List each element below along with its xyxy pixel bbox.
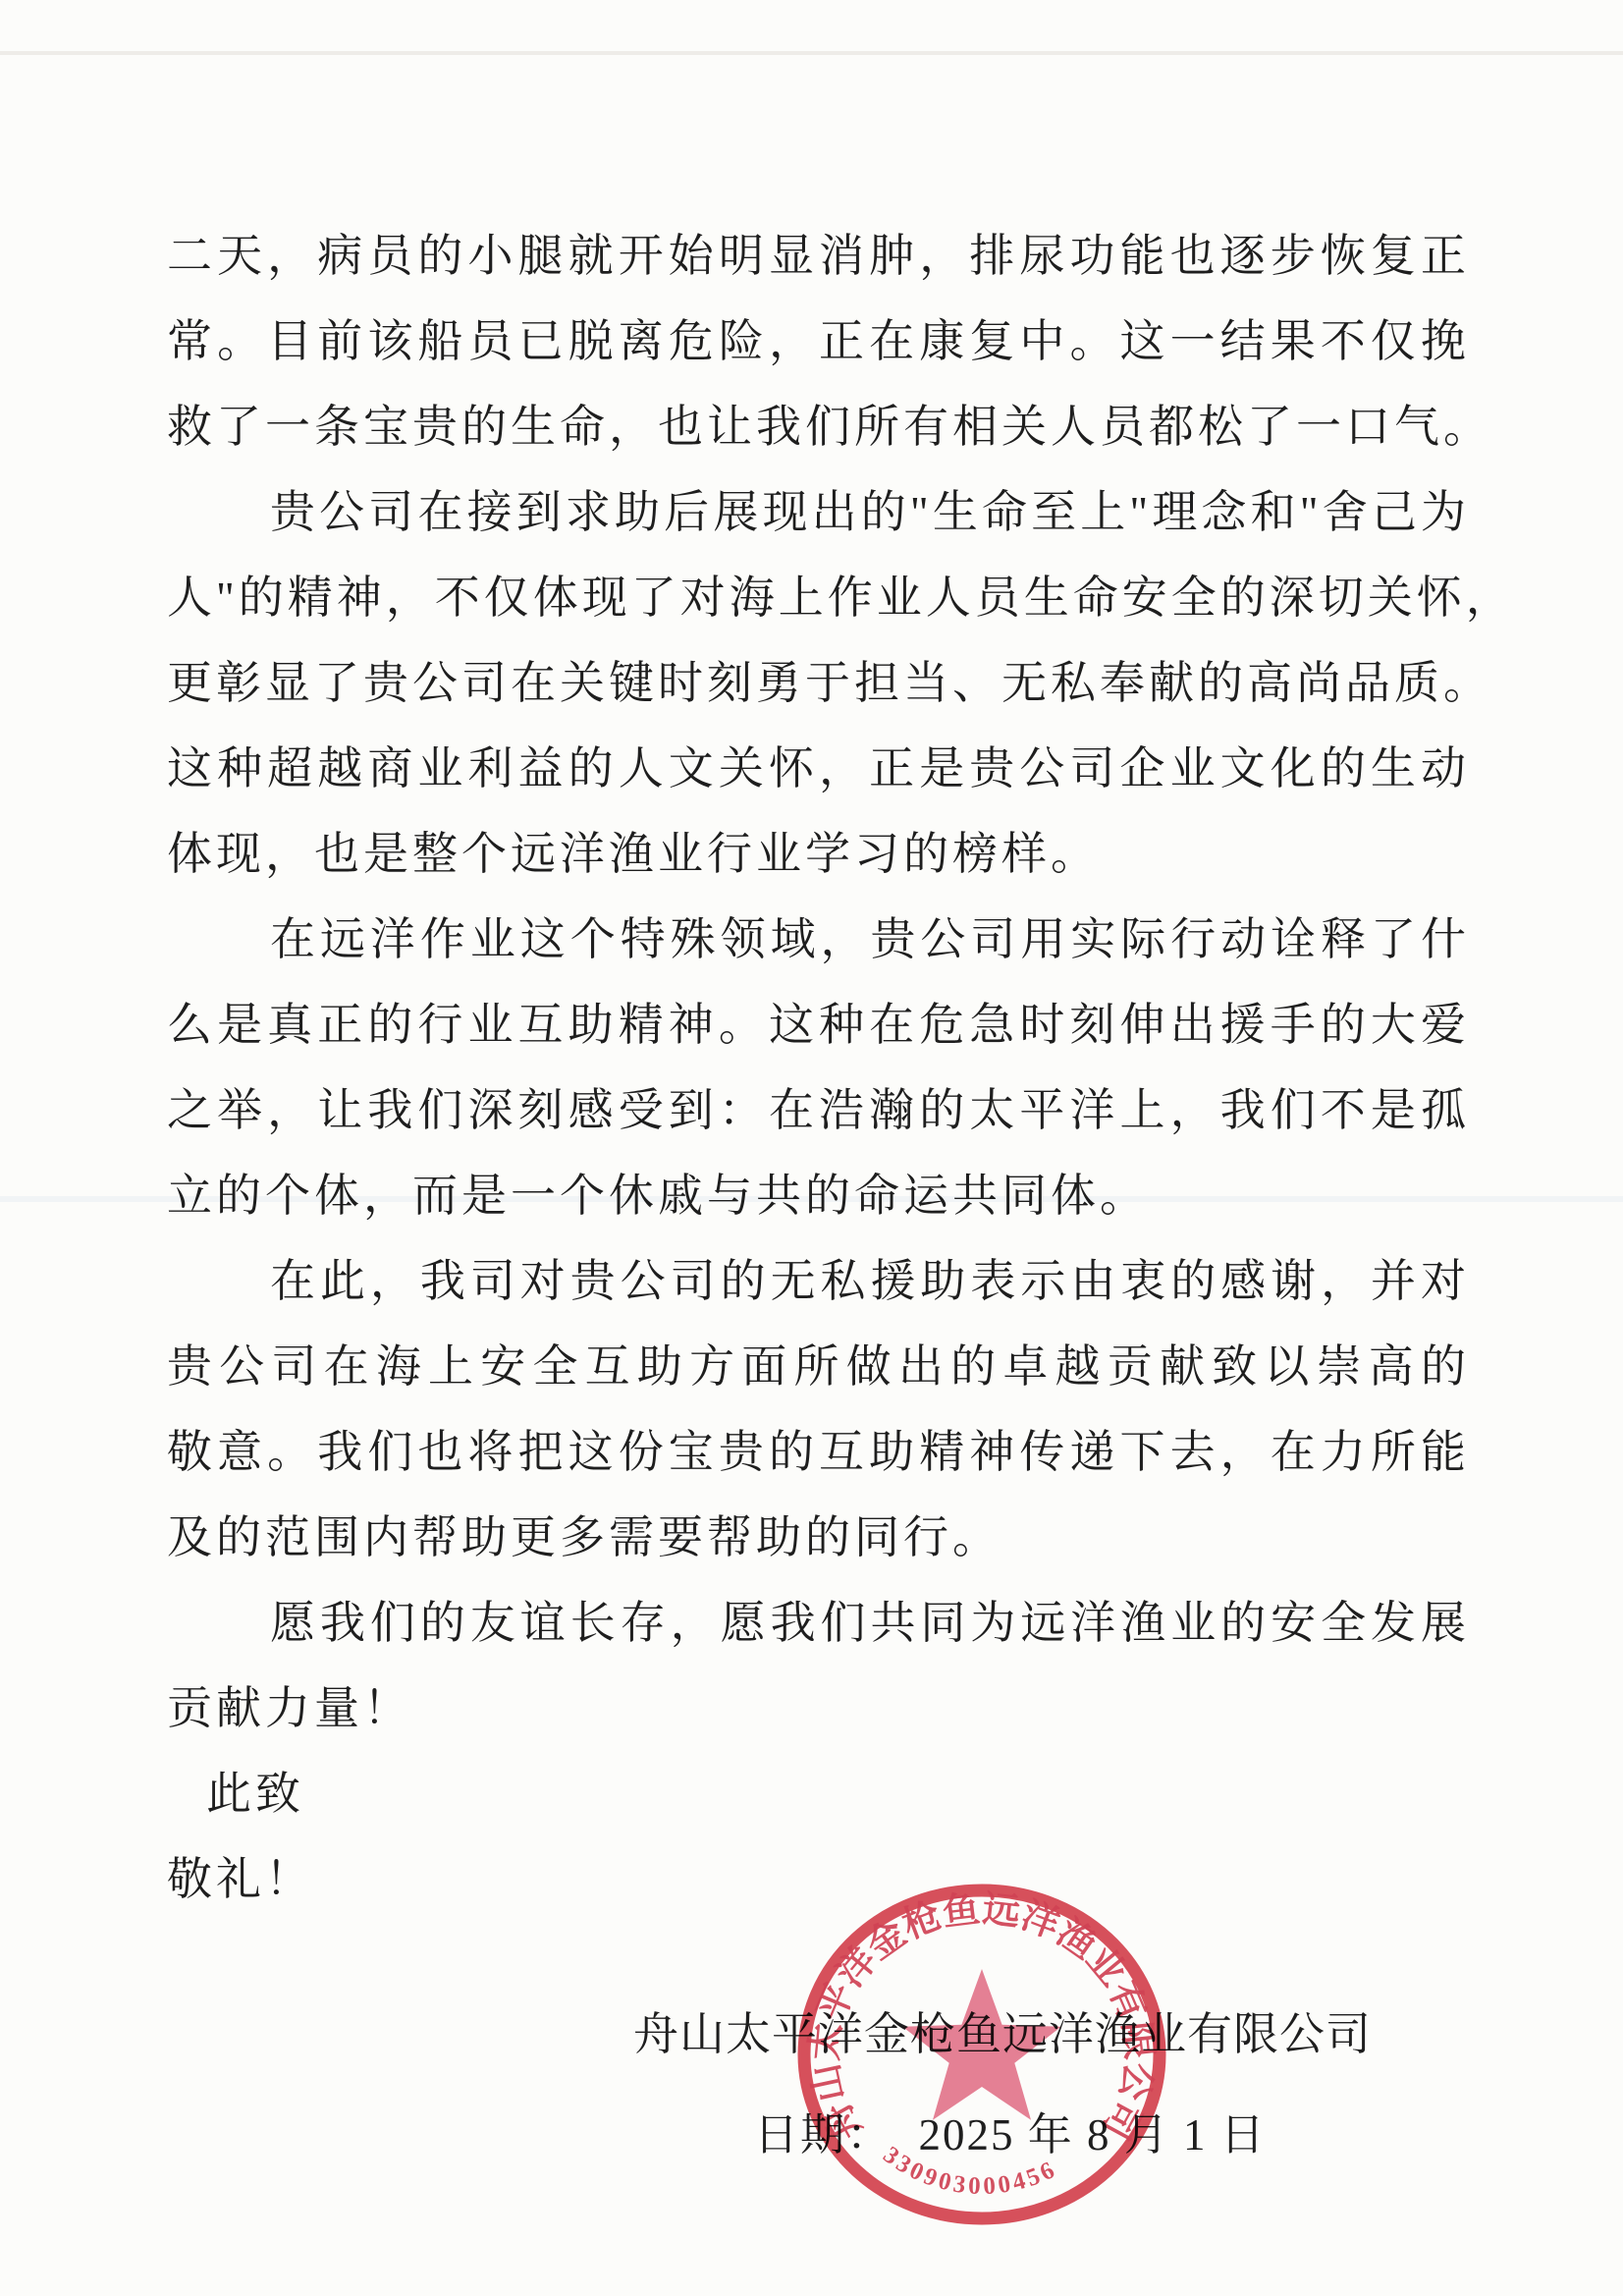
letter-line: 常。目前该船员已脱离危险，正在康复中。这一结果不仅挽 — [167, 299, 1470, 384]
letter-line: 立的个体，而是一个休戚与共的命运共同体。 — [167, 1153, 1470, 1238]
letter-line: 敬意。我们也将把这份宝贵的互助精神传递下去，在力所能 — [167, 1409, 1470, 1495]
letter-line: 救了一条宝贵的生命，也让我们所有相关人员都松了一口气。 — [167, 384, 1470, 469]
letter-line: 贵公司在接到求助后展现出的"生命至上"理念和"舍己为 — [167, 469, 1470, 555]
letter-line: 之举，让我们深刻感受到：在浩瀚的太平洋上，我们不是孤 — [167, 1067, 1470, 1153]
scanned-letter-page: 二天，病员的小腿就开始明显消肿，排尿功能也逐步恢复正 常。目前该船员已脱离危险，… — [0, 0, 1623, 2296]
scan-artifact-line — [0, 51, 1623, 55]
seal-serial-number: 330903000456 — [878, 2142, 1061, 2200]
letter-line: 人"的精神，不仅体现了对海上作业人员生命安全的深切关怀， — [167, 555, 1470, 640]
letter-line: 愿我们的友谊长存，愿我们共同为远洋渔业的安全发展 — [167, 1580, 1470, 1666]
letter-line: 二天，病员的小腿就开始明显消肿，排尿功能也逐步恢复正 — [167, 213, 1470, 299]
company-seal: 舟山太平洋金枪鱼远洋渔业有限公司 330903000456 — [790, 1878, 1173, 2231]
letter-body: 二天，病员的小腿就开始明显消肿，排尿功能也逐步恢复正 常。目前该船员已脱离危险，… — [167, 213, 1470, 1922]
letter-line: 体现，也是整个远洋渔业行业学习的榜样。 — [167, 811, 1470, 897]
letter-line: 这种超越商业利益的人文关怀，正是贵公司企业文化的生动 — [167, 726, 1470, 811]
letter-line: 及的范围内帮助更多需要帮助的同行。 — [167, 1495, 1470, 1580]
letter-line: 贵公司在海上安全互助方面所做出的卓越贡献致以崇高的 — [167, 1324, 1470, 1409]
letter-line: 贡献力量！ — [167, 1666, 1470, 1751]
letter-line: 在此，我司对贵公司的无私援助表示由衷的感谢，并对 — [167, 1238, 1470, 1324]
svg-text:330903000456: 330903000456 — [878, 2142, 1061, 2200]
star-icon — [902, 1969, 1061, 2120]
letter-line: 更彰显了贵公司在关键时刻勇于担当、无私奉献的高尚品质。 — [167, 640, 1470, 726]
letter-line: 在远洋作业这个特殊领域，贵公司用实际行动诠释了什 — [167, 897, 1470, 982]
letter-line: 么是真正的行业互助精神。这种在危急时刻伸出援手的大爱 — [167, 982, 1470, 1067]
letter-closing-cizhi: 此致 — [167, 1751, 1470, 1836]
